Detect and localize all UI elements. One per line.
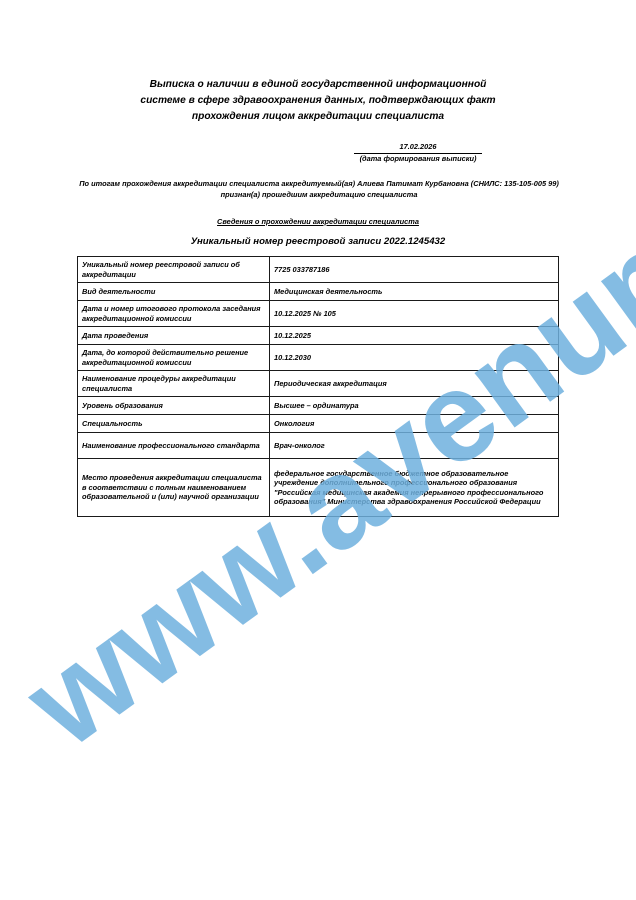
document-title: Выписка о наличии в единой государственн… (100, 77, 536, 125)
row-value: 10.12.2025 (270, 327, 559, 345)
row-label: Уникальный номер реестровой записи об ак… (78, 257, 270, 283)
row-value: федеральное государственное бюджетное об… (270, 459, 559, 517)
table-row: Уровень образованияВысшее – ординатура (78, 397, 559, 415)
table-row: Место проведения аккредитации специалист… (78, 459, 559, 517)
title-line: системе в сфере здравоохранения данных, … (100, 93, 536, 109)
table-row: Вид деятельностиМедицинская деятельность (78, 283, 559, 301)
row-value: 10.12.2025 № 105 (270, 301, 559, 327)
table-row: Дата, до которой действительно решение а… (78, 345, 559, 371)
row-value: Периодическая аккредитация (270, 371, 559, 397)
row-label: Дата и номер итогового протокола заседан… (78, 301, 270, 327)
table-row: Наименование процедуры аккредитации спец… (78, 371, 559, 397)
row-label: Наименование профессионального стандарта (78, 433, 270, 459)
issue-date-caption: (дата формирования выписки) (354, 154, 482, 164)
row-label: Дата, до которой действительно решение а… (78, 345, 270, 371)
row-value: Онкология (270, 415, 559, 433)
issue-date-block: 17.02.2026 (дата формирования выписки) (354, 142, 482, 164)
row-label: Место проведения аккредитации специалист… (78, 459, 270, 517)
section-heading: Сведения о прохождении аккредитации спец… (140, 217, 496, 226)
accreditation-info-table: Уникальный номер реестровой записи об ак… (77, 256, 559, 517)
title-line: Выписка о наличии в единой государственн… (100, 77, 536, 93)
row-label: Наименование процедуры аккредитации спец… (78, 371, 270, 397)
table-row: Наименование профессионального стандарта… (78, 433, 559, 459)
row-value: Врач-онколог (270, 433, 559, 459)
row-label: Уровень образования (78, 397, 270, 415)
row-value: Высшее – ординатура (270, 397, 559, 415)
table-row: Дата и номер итогового протокола заседан… (78, 301, 559, 327)
table-row: Уникальный номер реестровой записи об ак… (78, 257, 559, 283)
table-row: Дата проведения10.12.2025 (78, 327, 559, 345)
table-row: СпециальностьОнкология (78, 415, 559, 433)
issue-date: 17.02.2026 (354, 142, 482, 154)
row-value: Медицинская деятельность (270, 283, 559, 301)
row-label: Специальность (78, 415, 270, 433)
row-label: Дата проведения (78, 327, 270, 345)
registry-number-heading: Уникальный номер реестровой записи 2022.… (100, 236, 536, 247)
row-value: 7725 033787186 (270, 257, 559, 283)
title-line: прохождения лицом аккредитации специалис… (100, 109, 536, 125)
intro-paragraph: По итогам прохождения аккредитации специ… (74, 178, 564, 200)
row-label: Вид деятельности (78, 283, 270, 301)
document-page: Выписка о наличии в единой государственн… (0, 0, 636, 900)
row-value: 10.12.2030 (270, 345, 559, 371)
